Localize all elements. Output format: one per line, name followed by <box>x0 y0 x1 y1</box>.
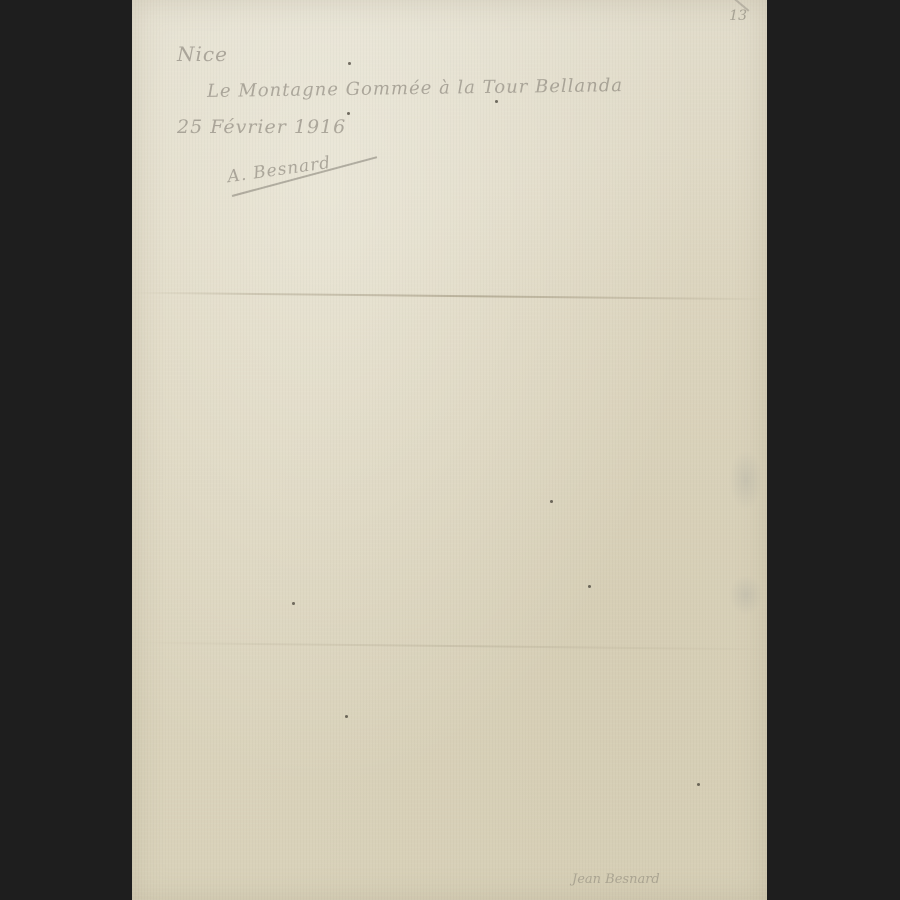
paper-fold-line <box>132 292 767 301</box>
inscription-title: Le Montagne Gommée à la Tour Bellanda <box>207 75 623 102</box>
paper-speck <box>345 715 348 718</box>
corner-mark: 13 <box>729 8 747 24</box>
bottom-pencil-note: Jean Besnard <box>572 872 660 887</box>
paper-speck <box>588 585 591 588</box>
inscription-place: Nice <box>177 42 228 66</box>
paper-stain <box>729 450 763 510</box>
paper-stain <box>729 575 763 615</box>
paper-speck <box>292 602 295 605</box>
paper-speck <box>347 112 350 115</box>
inscription-date: 25 Février 1916 <box>177 116 346 138</box>
paper-fold-line-lower <box>132 642 767 651</box>
paper-speck <box>348 62 351 65</box>
paper-speck <box>697 783 700 786</box>
paper-sheet: Nice Le Montagne Gommée à la Tour Bellan… <box>132 0 767 900</box>
paper-speck <box>495 100 498 103</box>
paper-speck <box>550 500 553 503</box>
